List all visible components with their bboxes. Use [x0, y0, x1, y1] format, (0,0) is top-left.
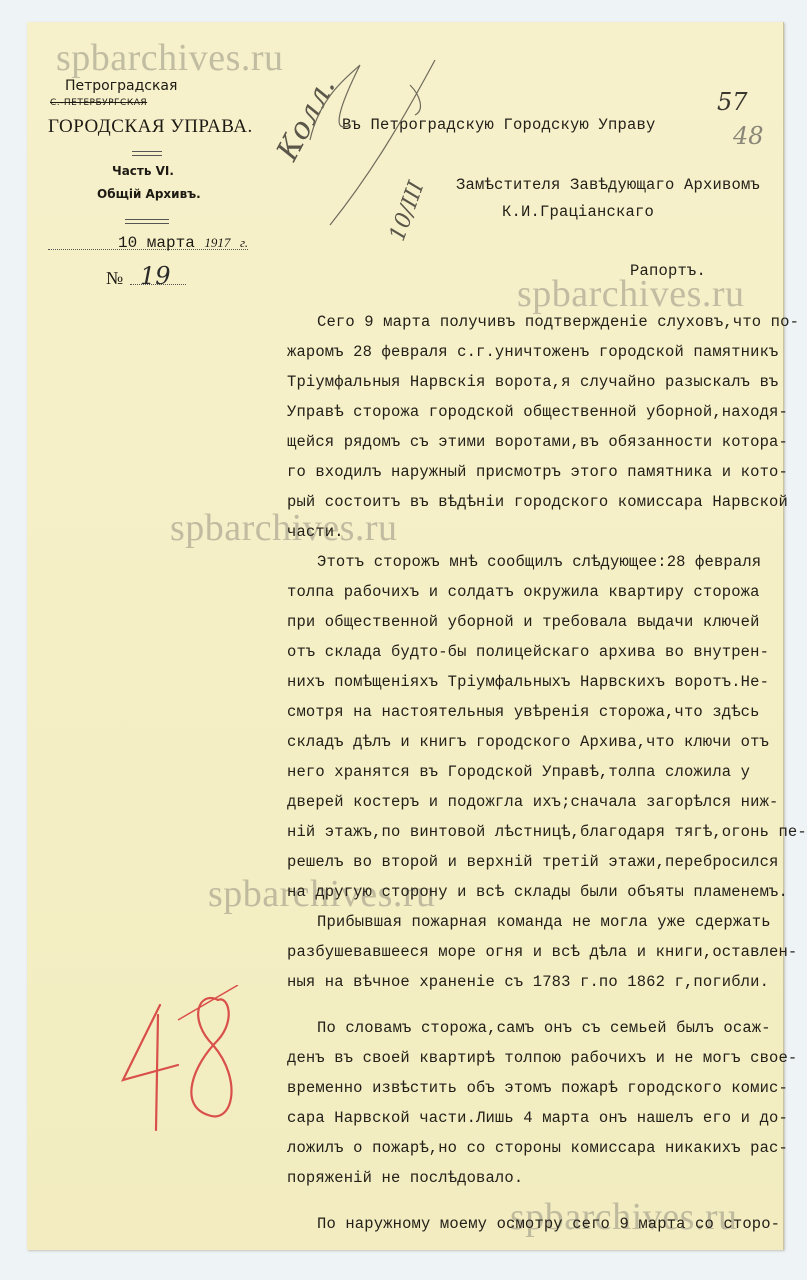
body-line: отъ склада будто-бы полицейскаго архива …	[287, 643, 769, 661]
watermark: spbarchives.ru	[56, 36, 284, 80]
letterhead-department: Общій Архивъ.	[97, 187, 201, 201]
body-line: По словамъ сторожа,самъ онъ съ семьей бы…	[317, 1019, 771, 1037]
divider	[125, 219, 169, 224]
letterhead-date: 10 марта 1917 г.	[118, 234, 248, 252]
pencil-stroke-icon	[290, 55, 450, 245]
date-year: 1917	[204, 235, 230, 250]
body-line: Сего 9 марта получивъ подтвержденіе слух…	[317, 313, 799, 331]
body-line: поряженій не послѣдовало.	[287, 1169, 523, 1187]
body-line: части.	[287, 523, 344, 541]
body-line: толпа рабочихъ и солдатъ окружила кварти…	[287, 583, 760, 601]
page-number-note: 57	[717, 88, 748, 116]
addressee-from-name: К.И.Граціанскаго	[502, 203, 654, 221]
body-line: По наружному моему осмотру сего 9 марта …	[317, 1215, 780, 1233]
letterhead-organization: ГОРОДСКАЯ УПРАВА.	[48, 116, 253, 138]
letterhead-part: Часть VI.	[112, 164, 174, 178]
body-line: денъ въ своей квартирѣ толпою рабочихъ и…	[287, 1049, 797, 1067]
body-line: разбушевавшееся море огня и всѣ дѣла и к…	[287, 943, 797, 961]
body-line: ложилъ о пожарѣ,но со стороны комиссара …	[287, 1139, 788, 1157]
body-line: рый состоитъ въ вѣдѣніи городского комис…	[287, 493, 788, 511]
body-line: на другую сторону и всѣ склады были объя…	[287, 883, 788, 901]
letterhead-city: Петроградская	[65, 78, 177, 94]
date-day-month: 10 марта	[118, 234, 195, 252]
body-line: щейся рядомъ съ этими воротами,въ обязан…	[287, 433, 788, 451]
date-suffix: г.	[240, 235, 248, 250]
body-line: ныя на вѣчное храненіе съ 1783 г.по 1862…	[287, 973, 769, 991]
body-line: Этотъ сторожъ мнѣ сообщилъ слѣдующее:28 …	[317, 553, 761, 571]
letterhead-city-struck: С.-ПЕТЕРБУРГСКАЯ	[50, 98, 147, 108]
addressee-from-title: Замѣстителя Завѣдующаго Архивомъ	[456, 176, 760, 194]
body-line: Прибывшая пожарная команда не могла уже …	[317, 913, 771, 931]
number-label: №	[106, 268, 123, 289]
body-line: сара Нарвской части.Лишь 4 марта онъ наш…	[287, 1109, 788, 1127]
body-line: ній этажъ,по винтовой лѣстницѣ,благодаря…	[287, 823, 807, 841]
red-folio-number-icon	[118, 985, 258, 1135]
body-line: него хранятся въ Городской Управѣ,толпа …	[287, 763, 750, 781]
page-number-note-alt: 48	[733, 122, 764, 150]
body-line: временно извѣстить объ этомъ пожарѣ горо…	[287, 1079, 788, 1097]
number-dotted-line	[130, 284, 186, 285]
body-line: Управѣ сторожа городской общественной уб…	[287, 403, 788, 421]
number-value: 19	[140, 262, 171, 290]
body-line: смотря на настоятельныя увѣренія сторожа…	[287, 703, 760, 721]
body-line: дверей костеръ и подожгла ихъ;сначала за…	[287, 793, 778, 811]
divider	[132, 151, 162, 156]
body-line: складъ дѣлъ и книгъ городского Архива,чт…	[287, 733, 769, 751]
document-type: Рапортъ.	[630, 262, 706, 280]
body-line: жаромъ 28 февраля с.г.уничтоженъ городск…	[287, 343, 778, 361]
body-line: при общественной уборной и требовала выд…	[287, 613, 760, 631]
body-line: го входилъ наружный присмотръ этого памя…	[287, 463, 788, 481]
watermark: spbarchives.ru	[170, 506, 398, 550]
body-line: нихъ помѣщеніяхъ Тріумфальныхъ Нарвскихъ…	[287, 673, 769, 691]
body-line: Тріумфальныя Нарвскія ворота,я случайно …	[287, 373, 778, 391]
body-line: решелъ во второй и верхній третій этажи,…	[287, 853, 778, 871]
